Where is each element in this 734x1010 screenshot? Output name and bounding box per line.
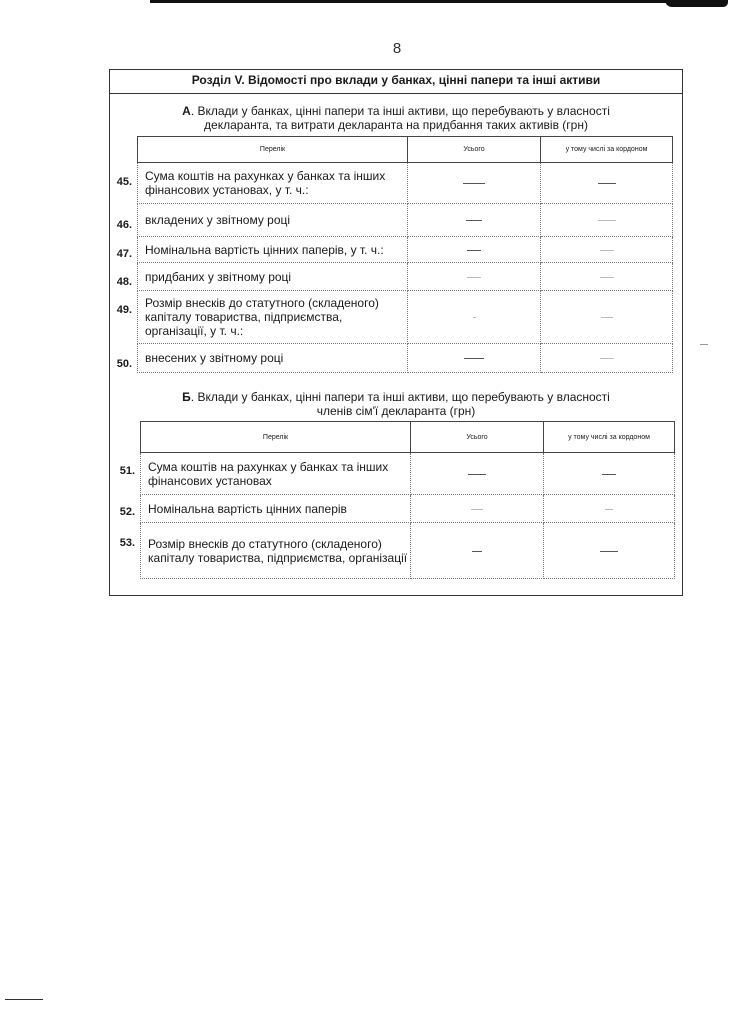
row-label: придбаних у звітному році <box>138 263 408 291</box>
page-number: 8 <box>0 40 734 57</box>
dash-mark <box>600 250 614 251</box>
row-label: внесених у звітному році <box>138 344 408 373</box>
row-abroad-value <box>541 237 673 263</box>
scan-artifact-right-tick <box>700 344 708 345</box>
dash-mark <box>473 317 476 318</box>
table-row: Сума коштів на рахунках у банках та інши… <box>141 453 675 495</box>
column-header-abroad: у тому числі за кордоном <box>544 422 675 453</box>
dash-mark <box>467 277 481 278</box>
column-header-total: Усього <box>408 137 541 163</box>
row-total-value <box>408 163 541 204</box>
part-b-header-row: Перелік Усього у тому числі за кордоном <box>141 422 675 453</box>
row-abroad-value <box>544 523 675 579</box>
table-row: придбаних у звітному році <box>138 263 673 291</box>
row-label: Розмір внесків до статутного (складеного… <box>141 523 411 579</box>
table-row: Розмір внесків до статутного (складеного… <box>138 291 673 344</box>
row-total-value <box>411 523 544 579</box>
part-a-heading-line1: . Вклади у банках, цінні папери та інші … <box>191 104 610 118</box>
dash-mark <box>600 277 614 278</box>
column-header-total: Усього <box>411 422 544 453</box>
row-abroad-value <box>544 453 675 495</box>
dash-mark <box>598 183 616 184</box>
row-total-value <box>408 237 541 263</box>
table-row: Номінальна вартість цінних паперів <box>141 495 675 523</box>
part-a-heading-line2: декларанта, та витрати декларанта на при… <box>109 118 683 132</box>
row-number: 46. <box>106 219 132 231</box>
row-total-value <box>411 453 544 495</box>
dash-mark <box>471 509 483 510</box>
table-row: Сума коштів на рахунках у банках та інши… <box>138 163 673 204</box>
scan-artifact-bottom-line <box>5 999 43 1000</box>
row-abroad-value <box>541 163 673 204</box>
row-total-value <box>411 495 544 523</box>
dash-mark <box>601 317 613 318</box>
row-number: 49. <box>106 304 132 316</box>
dash-mark <box>472 551 482 552</box>
scan-artifact-top-bar <box>150 0 710 3</box>
row-total-value <box>408 344 541 373</box>
row-number: 45. <box>106 176 132 188</box>
part-b-letter: Б <box>182 390 191 404</box>
row-number: 48. <box>106 276 132 288</box>
part-b-heading: Б. Вклади у банках, цінні папери та інші… <box>109 390 683 418</box>
dash-mark <box>466 220 482 221</box>
column-header-list: Перелік <box>141 422 411 453</box>
row-abroad-value <box>541 291 673 344</box>
dash-mark <box>467 250 481 251</box>
row-number: 51. <box>109 465 135 477</box>
scan-artifact-top-blob <box>665 0 728 7</box>
part-b-heading-line2: членів сім'ї декларанта (грн) <box>109 404 683 418</box>
row-number: 52. <box>109 506 135 518</box>
row-label: Розмір внесків до статутного (складеного… <box>138 291 408 344</box>
row-label: вкладених у звітному році <box>138 204 408 237</box>
row-number: 47. <box>106 248 132 260</box>
row-label: Сума коштів на рахунках у банках та інши… <box>138 163 408 204</box>
table-row: Розмір внесків до статутного (складеного… <box>141 523 675 579</box>
dash-mark <box>600 358 614 359</box>
row-total-value <box>408 291 541 344</box>
dash-mark <box>600 551 618 552</box>
table-row: внесених у звітному році <box>138 344 673 373</box>
row-abroad-value <box>541 204 673 237</box>
table-row: Номінальна вартість цінних паперів, у т.… <box>138 237 673 263</box>
row-number: 50. <box>106 358 132 370</box>
dash-mark <box>468 474 486 475</box>
part-b-table: Перелік Усього у тому числі за кордоном … <box>140 421 675 579</box>
dash-mark <box>605 509 613 510</box>
row-abroad-value <box>541 344 673 373</box>
row-abroad-value <box>541 263 673 291</box>
row-label: Номінальна вартість цінних паперів, у т.… <box>138 237 408 263</box>
row-label: Номінальна вартість цінних паперів <box>141 495 411 523</box>
dash-mark <box>464 358 484 359</box>
dash-mark <box>602 474 616 475</box>
column-header-list: Перелік <box>138 137 408 163</box>
table-row: вкладених у звітному році <box>138 204 673 237</box>
row-total-value <box>408 204 541 237</box>
part-a-letter: А <box>182 104 191 118</box>
row-label: Сума коштів на рахунках у банках та інши… <box>141 453 411 495</box>
part-b-heading-line1: . Вклади у банках, цінні папери та інші … <box>191 390 610 404</box>
part-a-table: Перелік Усього у тому числі за кордоном … <box>137 136 673 373</box>
row-number: 53. <box>109 537 135 549</box>
section-title: Розділ V. Відомості про вклади у банках,… <box>109 69 683 94</box>
part-a-heading: А. Вклади у банках, цінні папери та інші… <box>109 104 683 132</box>
row-total-value <box>408 263 541 291</box>
dash-mark <box>598 220 616 221</box>
part-a-header-row: Перелік Усього у тому числі за кордоном <box>138 137 673 163</box>
row-abroad-value <box>544 495 675 523</box>
dash-mark <box>463 183 485 184</box>
column-header-abroad: у тому числі за кордоном <box>541 137 673 163</box>
